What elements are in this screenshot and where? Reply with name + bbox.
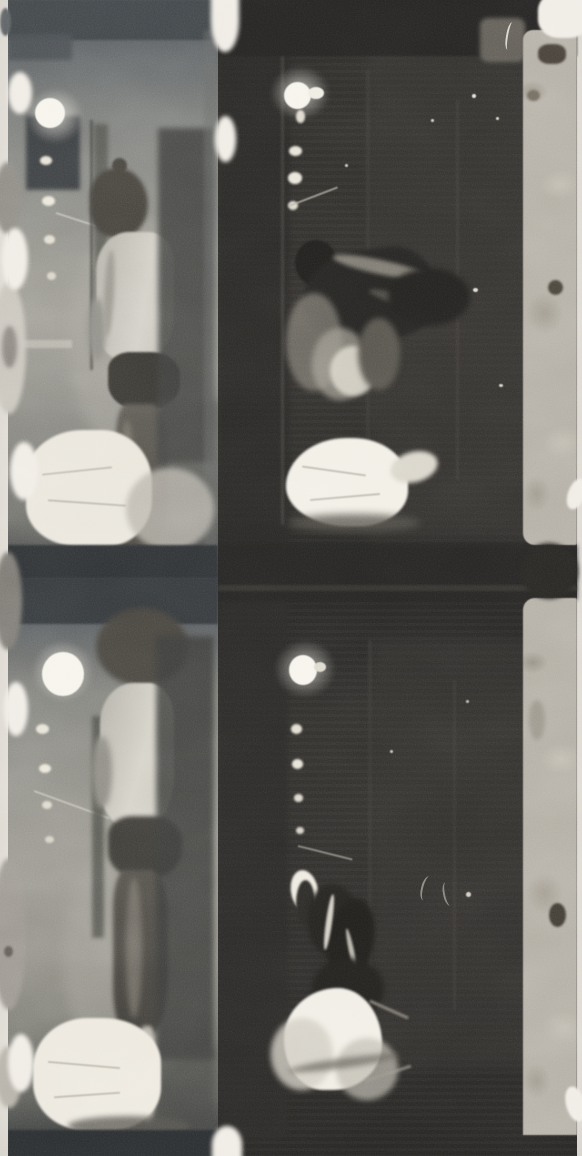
light-dot	[39, 764, 51, 773]
divider-gap	[215, 116, 236, 162]
speck	[345, 164, 348, 167]
lamp-blob	[35, 98, 65, 128]
pillow-shadow	[288, 514, 420, 532]
film-edge-blemish	[549, 903, 566, 927]
speck	[473, 288, 478, 292]
film-edge-blemish	[538, 44, 566, 64]
lamp-blob	[42, 652, 84, 696]
light-dot	[296, 827, 304, 834]
speck	[499, 384, 503, 387]
speck	[466, 892, 471, 897]
speck	[466, 700, 469, 703]
light-dot	[36, 724, 49, 734]
torn-edge	[8, 1034, 34, 1092]
wire-line	[298, 845, 353, 860]
bed-dim	[126, 468, 214, 550]
speck	[496, 117, 499, 120]
figure-waist-shadow	[92, 736, 112, 808]
film-frame-top-left	[8, 0, 218, 578]
film-edge-blemish	[529, 700, 545, 740]
divider-gap	[212, 1126, 242, 1156]
figure-shadow	[388, 268, 470, 326]
film-edge-blemish	[548, 280, 563, 295]
figure-hair-tuft	[112, 158, 127, 173]
seam-line	[218, 585, 577, 591]
paper-corner	[538, 0, 582, 38]
frame-corner-mark	[480, 18, 525, 62]
wall-edge-line	[453, 680, 456, 1010]
light-dot	[292, 759, 303, 769]
light-dot	[45, 836, 54, 843]
margin-smudge	[0, 8, 11, 36]
torn-edge	[8, 72, 32, 114]
speck	[390, 750, 393, 753]
bedding-fold	[358, 318, 400, 390]
torn-edge	[10, 442, 38, 500]
doorway-shadow	[156, 636, 214, 1060]
light-dot	[288, 172, 302, 184]
torn-edge	[2, 228, 28, 290]
bed-sheets	[33, 1018, 161, 1130]
film-edge-strip	[523, 598, 577, 1135]
light-dot	[291, 724, 302, 734]
speck	[431, 119, 434, 122]
figure-leg-highlight	[126, 878, 142, 1018]
wall-edge-line	[281, 55, 284, 525]
pillow-feather	[271, 1018, 333, 1090]
pillow	[286, 438, 408, 526]
frame-top-band	[8, 34, 72, 60]
film-frame-bottom-left	[8, 578, 218, 1156]
margin-speck	[4, 946, 13, 957]
light-dot	[47, 272, 56, 280]
film-edge-blemish	[527, 90, 540, 101]
frame-right-edge	[204, 30, 218, 550]
pillow-feather	[336, 1038, 398, 1100]
frame-bottom-band	[8, 1130, 218, 1156]
wire-line	[289, 186, 338, 207]
figure-head	[90, 168, 148, 238]
film-edge-seam	[520, 543, 578, 599]
light-dot	[289, 146, 302, 156]
photocopy-print	[0, 0, 582, 1156]
margin-smudge	[2, 326, 17, 368]
speck	[472, 94, 476, 98]
light-dot	[42, 196, 55, 206]
light-dot	[42, 801, 52, 809]
torn-edge	[4, 682, 28, 736]
lamp-blob	[314, 662, 326, 672]
frame-bottom-band	[8, 545, 218, 578]
light-dot	[296, 110, 305, 123]
lamp-blob	[289, 655, 317, 685]
window-sill-light	[22, 340, 72, 348]
light-dot	[294, 794, 303, 802]
lamp-blob	[284, 82, 311, 109]
light-dot	[44, 235, 55, 244]
lamp-blob	[308, 87, 324, 99]
light-dot	[40, 156, 52, 165]
